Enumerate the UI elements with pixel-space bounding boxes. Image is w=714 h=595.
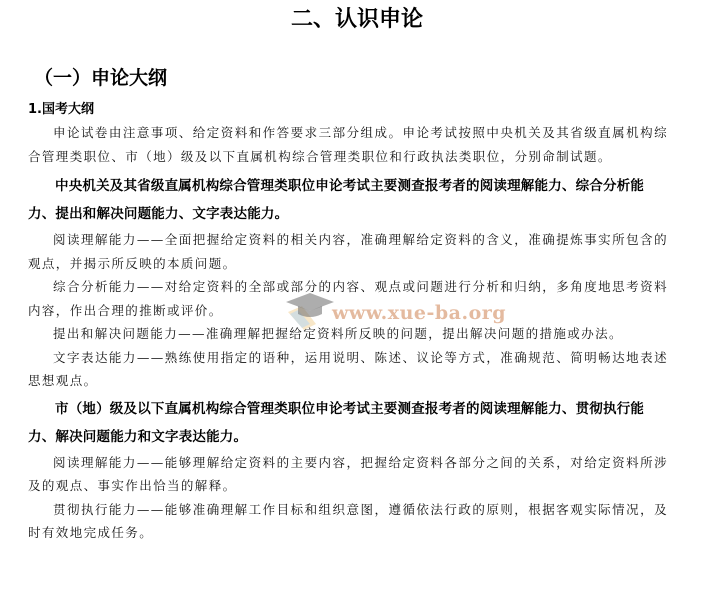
- subsection-title: 1.国考大纲: [28, 100, 94, 120]
- ability-paragraph: 阅读理解能力——全面把握给定资料的相关内容，准确理解给定资料的含义，准确提炼事实…: [28, 228, 668, 275]
- page-title: 二、认识申论: [0, 4, 714, 36]
- document-body: 申论试卷由注意事项、给定资料和作答要求三部分组成。申论考试按照中央机关及其省级直…: [28, 121, 668, 545]
- intro-paragraph: 申论试卷由注意事项、给定资料和作答要求三部分组成。申论考试按照中央机关及其省级直…: [28, 121, 668, 168]
- ability-paragraph: 贯彻执行能力——能够准确理解工作目标和组织意图，遵循依法行政的原则，根据客观实际…: [28, 498, 668, 545]
- ability-paragraph: 阅读理解能力——能够理解给定资料的主要内容，把握给定资料各部分之间的关系，对给定…: [28, 451, 668, 498]
- ability-paragraph: 提出和解决问题能力——准确理解把握给定资料所反映的问题，提出解决问题的措施或办法…: [28, 322, 668, 346]
- municipal-requirements-heading: 市（地）级及以下直属机构综合管理类职位申论考试主要测查报考者的阅读理解能力、贯彻…: [28, 395, 668, 451]
- ability-paragraph: 综合分析能力——对给定资料的全部或部分的内容、观点或问题进行分析和归纳，多角度地…: [28, 275, 668, 322]
- central-requirements-heading: 中央机关及其省级直属机构综合管理类职位申论考试主要测查报考者的阅读理解能力、综合…: [28, 172, 668, 228]
- ability-paragraph: 文字表达能力——熟练使用指定的语种，运用说明、陈述、议论等方式，准确规范、简明畅…: [28, 346, 668, 393]
- section-title: （一）申论大纲: [34, 64, 167, 92]
